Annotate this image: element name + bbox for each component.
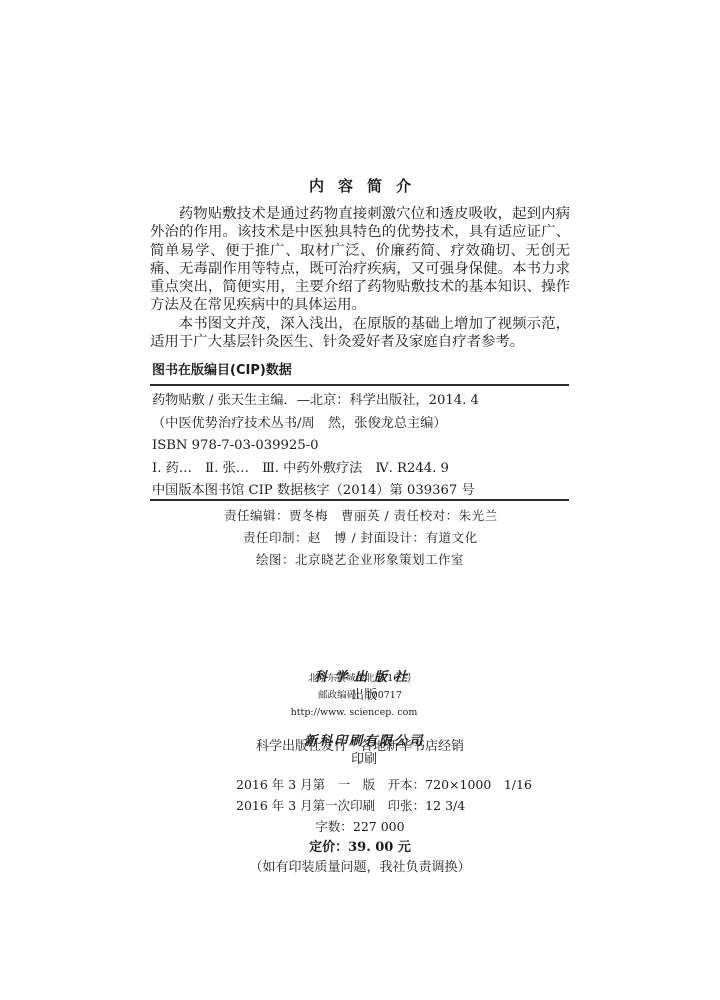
cip-classification-line: Ⅰ. 药… Ⅱ. 张… Ⅲ. 中药外敷疗法 Ⅳ. R244. 9 — [152, 458, 479, 481]
publisher-address: 北京东黄城根北街 16 号 — [0, 672, 720, 686]
publisher-postcode: 邮政编码：100717 — [0, 689, 720, 703]
cip-top-divider — [150, 384, 569, 386]
credits-illustration: 绘图：北京晓艺企业形象策划工作室 — [256, 549, 464, 572]
cip-series-line: （中医优势治疗技术丛书/周 然，张俊龙总主编） — [152, 413, 479, 436]
cip-bottom-divider — [150, 499, 569, 501]
credits-editors: 责任编辑：贾冬梅 曹丽英 / 责任校对：朱光兰 — [224, 505, 498, 528]
price-line: 定价：39. 00 元 — [0, 839, 720, 857]
edition-line: 2016 年 3 月第 一 版 开本：720×1000 1/16 — [236, 776, 532, 794]
cip-title-line: 药物贴敷 / 张天生主编．—北京：科学出版社，2014. 4 — [152, 390, 479, 413]
cip-isbn-line: ISBN 978-7-03-039925-0 — [152, 435, 479, 458]
cip-data: 药物贴敷 / 张天生主编．—北京：科学出版社，2014. 4 （中医优势治疗技术… — [152, 390, 479, 503]
credits-printing: 责任印制：赵 博 / 封面设计：有道文化 — [243, 527, 478, 550]
cip-heading: 图书在版编目(CIP)数据 — [152, 362, 292, 380]
summary-body: 药物贴敷技术是通过药物直接刺激穴位和透皮吸收，起到内病外治的作用。该技术是中医独… — [150, 205, 570, 351]
summary-paragraph-1: 药物贴敷技术是通过药物直接刺激穴位和透皮吸收，起到内病外治的作用。该技术是中医独… — [150, 205, 570, 315]
summary-title: 内容简介 — [0, 176, 720, 196]
impression-line: 2016 年 3 月第一次印刷 印张：12 3/4 — [236, 797, 465, 815]
quality-notice: （如有印装质量问题，我社负责调换） — [0, 859, 720, 877]
summary-paragraph-2: 本书图文并茂，深入浅出，在原版的基础上增加了视频示范，适用于广大基层针灸医生、针… — [150, 315, 570, 352]
word-count-line: 字数：227 000 — [0, 818, 720, 836]
separator-star: * — [0, 760, 720, 770]
distribution-line: 科学出版社发行 各地新华书店经销 — [0, 738, 720, 756]
